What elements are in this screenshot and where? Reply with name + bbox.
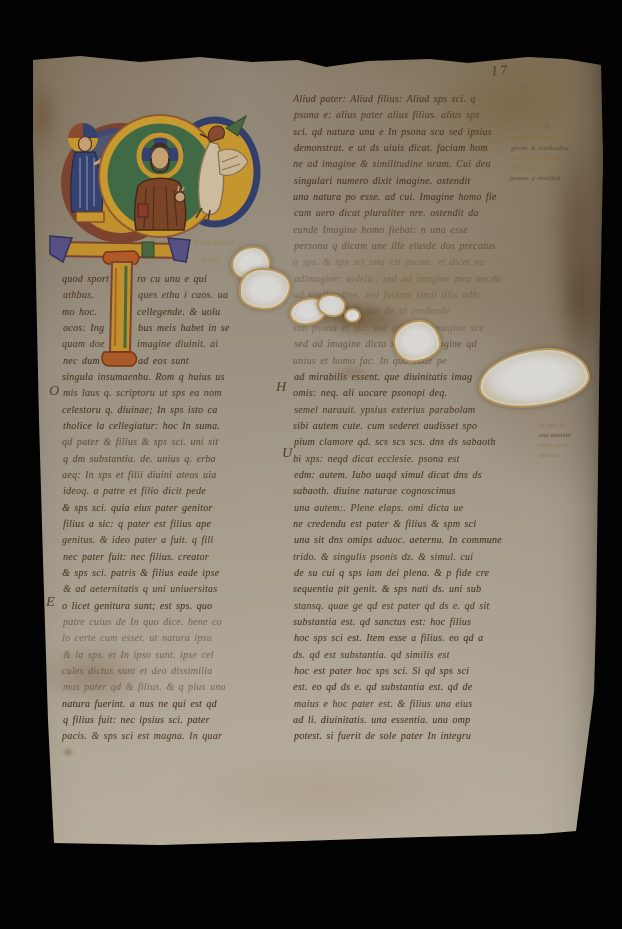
manuscript-line: singulari numero dixit imagine. ostendit bbox=[294, 174, 519, 190]
manuscript-line: ne credendu est pater & filius & spm sci bbox=[293, 517, 518, 533]
manuscript-line: & sps sci. quia eius pater genitor bbox=[62, 501, 247, 517]
manuscript-line: o sps. & sps sci una est psona. et dicet… bbox=[293, 255, 518, 271]
manuscript-line: sibi autem cute. cum sederet audisset sp… bbox=[293, 419, 518, 435]
manuscript-line: sequentia pit genit. & sps nati ds. uni … bbox=[293, 582, 518, 598]
manuscript-line: mus pater qd & filius. & q plus una bbox=[63, 680, 248, 696]
illuminated-roundels bbox=[50, 112, 262, 250]
manuscript-line: de su cui q sps iam dei plena. & p fide … bbox=[294, 566, 519, 582]
margin-note-line: una essentia bbox=[539, 431, 609, 441]
stain bbox=[62, 747, 74, 757]
margin-note-lower: sic nota deuna essentiatrium psonarum de… bbox=[538, 421, 608, 461]
initial-green-knot bbox=[142, 242, 154, 257]
margin-mark: N bbox=[544, 122, 550, 131]
manuscript-line: una autem:. Plene elaps. omi dicta ue bbox=[294, 501, 519, 517]
margin-note-line: faciamus homine ad im bbox=[510, 134, 595, 144]
manuscript-line: Aliud pater: Aliud filius: Aliud sps sci… bbox=[293, 92, 518, 108]
initial-stem-green-stripe bbox=[125, 266, 126, 348]
manuscript-line: ds. qd est substantia. qd similis est bbox=[293, 648, 518, 664]
manuscript-line: q filius fuit: nec ipsius sci. pater bbox=[63, 713, 248, 729]
decorated-initial-T bbox=[48, 234, 194, 374]
margin-note-line: trium psona bbox=[538, 441, 608, 451]
manuscript-line: bi xps: neqd dicat ecclesie. psona est bbox=[293, 452, 518, 468]
manuscript-line: lo certe cum esset. ut natura ipsu bbox=[62, 631, 247, 647]
parchment-hole bbox=[344, 308, 361, 323]
manuscript-line: mis laus q. scriptoru ut sps ea nom bbox=[63, 386, 248, 402]
initial-base bbox=[102, 352, 137, 366]
manuscript-line: ad li. diuinitatis. una essentia. una om… bbox=[293, 713, 518, 729]
parchment-hole bbox=[239, 268, 291, 310]
manuscript-line: qd pater & filius & sps sci. uni sit bbox=[62, 435, 247, 451]
manuscript-line: una sit dns omips aduoc. aeternu. In com… bbox=[294, 533, 519, 549]
manuscript-line: celestoru q. diuinae; In sps isto ca bbox=[62, 403, 247, 419]
margin-note-upper: faciamus homine ad imginem. & similitudi… bbox=[510, 134, 595, 184]
margin-note-line: psonas. p similitud bbox=[510, 174, 595, 184]
manuscript-line: cules dictus sunt et deo dissimilia bbox=[62, 664, 247, 680]
paragraph-initial-H: H bbox=[276, 381, 286, 395]
manuscript-line: ne ad imagine & similitudine nram. Cui d… bbox=[293, 157, 518, 173]
manuscript-line: natura fuerint. a nus ne qui est qd bbox=[62, 697, 247, 713]
manuscript-line: substantia est. qd sanctus est: hoc fili… bbox=[293, 615, 518, 631]
paragraph-initial-U: U bbox=[282, 447, 292, 461]
paragraph-initial-O: O bbox=[49, 385, 59, 399]
manuscript-line: o licet genitura sunt; est sps. quo bbox=[62, 599, 247, 615]
initial-stem-red-stripe bbox=[115, 268, 116, 346]
manuscript-line: est. eo qd ds e. qd substantia est. qd d… bbox=[293, 680, 518, 696]
manuscript-line: hoc sps sci est. Item esse a filius. eo … bbox=[294, 631, 519, 647]
manuscript-line: semel narauit. ypsius exterius parabolam bbox=[294, 403, 519, 419]
folio-number-ghost: 17 bbox=[519, 84, 528, 94]
text-column-right: Aliud pater: Aliud filius: Aliud sps sci… bbox=[293, 92, 518, 746]
manuscript-line: sci. qd natura unu e In psona sca sed ip… bbox=[293, 125, 518, 141]
manuscript-line: adimagine: uidelic; sed ad imagine mea n… bbox=[294, 272, 519, 288]
manuscript-line: & la sps. et In ipso sunt. ipse cel bbox=[63, 648, 248, 664]
manuscript-line: eunde Imagine homo fiebat: n una esse bbox=[293, 223, 518, 239]
margin-note-line: sic nota de bbox=[538, 421, 608, 431]
photo-backdrop: 17 17 N faciamus homine ad imginem. & si… bbox=[0, 0, 622, 929]
manuscript-line: persona q dicam une ille eiusde dos prec… bbox=[294, 239, 519, 255]
manuscript-line: nec pater fuit: nec filius. creator bbox=[63, 550, 248, 566]
margin-note-line: ginem. & similitudine bbox=[511, 144, 596, 154]
margin-note-line: nram. In scriptura bbox=[510, 154, 595, 164]
manuscript-line: q dm substantia. de. unius q. erba bbox=[63, 452, 248, 468]
initial-art bbox=[48, 234, 194, 374]
manuscript-line: demonstrat. e ut ds uiuis dicat. faciam … bbox=[294, 141, 519, 157]
manuscript-line: psona e: alius pater alius filius. alius… bbox=[294, 108, 519, 124]
manuscript-line: stansq. quae ge qd est pater qd ds e. qd… bbox=[294, 599, 519, 615]
manuscript-line: cum uero dicat pluraliter nre. ostendit … bbox=[294, 206, 519, 222]
manuscript-line: genitus. & ideo pater a fuit. q fili bbox=[62, 533, 247, 549]
manuscript-line: sabaoth. diuine naturae cognoscimus bbox=[293, 484, 518, 500]
manuscript-line: tholice la cellegiatur: hoc In suma. bbox=[63, 419, 248, 435]
manuscript-line: pium clamore qd. scs scs scs. dns ds sab… bbox=[294, 435, 519, 451]
manuscript-line: edm: autem. Iubo uaqd simul dicat dns ds bbox=[294, 468, 519, 484]
folio-number: 17 bbox=[490, 63, 509, 80]
manuscript-line: & sps sci. patris & filius eade ipse bbox=[62, 566, 247, 582]
initial-stem bbox=[110, 262, 132, 352]
manuscript-line: filius a sic: q pater est filius ape bbox=[63, 517, 248, 533]
manuscript-line: hoc est pater hoc sps sci. Si qd sps sci bbox=[294, 664, 519, 680]
manuscript-line: patre cuius de In quo dice. bene co bbox=[63, 615, 248, 631]
paragraph-initial-E: E bbox=[46, 596, 55, 610]
manuscript-line: pacis. & sps sci est magna. In quar bbox=[62, 729, 247, 745]
illumination-art bbox=[50, 112, 262, 250]
stain bbox=[180, 752, 460, 832]
margin-note-line: rum dei bbox=[539, 451, 609, 461]
margin-note-line: deus mox clamat bbox=[511, 164, 596, 174]
manuscript-line: ideoq. a patre et filio dicit pede bbox=[63, 484, 248, 500]
manuscript-line: maius e hoc pater est. & filius una eius bbox=[294, 697, 519, 713]
manuscript-line: trido. & singulis psonis dz. & simul. cu… bbox=[293, 550, 518, 566]
manuscript-line: una natura po esse. ad cui. Imagine homo… bbox=[293, 190, 518, 206]
rubric-fragment: a ppi. bbox=[203, 255, 221, 264]
manuscript-page: 17 17 N faciamus homine ad imginem. & si… bbox=[0, 0, 622, 929]
text-column-left: singula insumaenbu. Rom q huius usmis la… bbox=[62, 370, 247, 746]
stain bbox=[556, 236, 604, 368]
manuscript-line: potest. si fuerit de sole pater In integ… bbox=[294, 729, 519, 745]
manuscript-line: & ad aeternitatis q uni uniuersitas bbox=[63, 582, 248, 598]
manuscript-line: aeq: In sps et filii diuini ateos uia bbox=[62, 468, 247, 484]
